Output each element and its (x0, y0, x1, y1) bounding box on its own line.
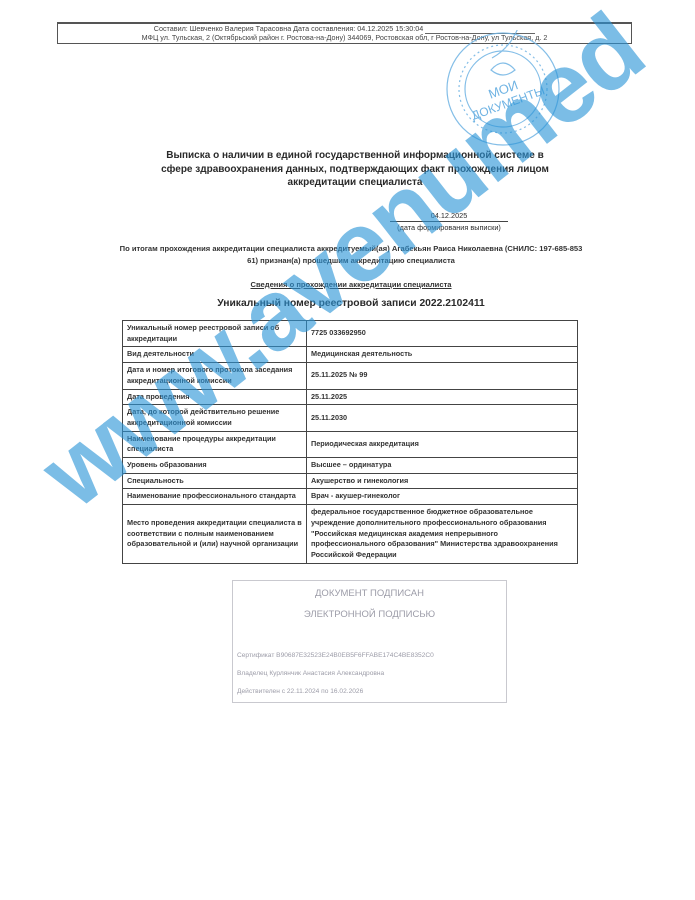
table-row: Дата проведения25.11.2025 (123, 389, 578, 405)
electronic-signature-box: ДОКУМЕНТ ПОДПИСАН ЭЛЕКТРОННОЙ ПОДПИСЬЮ С… (232, 580, 507, 703)
table-row: Уровень образованияВысшее – ординатура (123, 458, 578, 474)
formation-date-caption: (дата формирования выписки) (390, 222, 508, 232)
table-row-key: Специальность (123, 473, 307, 489)
table-row-value: 7725 033692950 (307, 321, 578, 347)
registry-number-title: Уникальный номер реестровой записи 2022.… (118, 298, 584, 309)
signature-validity: Действителен с 22.11.2024 по 16.02.2026 (237, 688, 363, 695)
table-row-key: Дата, до которой действительно решение а… (123, 405, 307, 431)
table-row: Вид деятельностиМедицинская деятельность (123, 347, 578, 363)
table-row: СпециальностьАкушерство и гинекология (123, 473, 578, 489)
table-row: Дата, до которой действительно решение а… (123, 405, 578, 431)
section-heading: Сведения о прохождении аккредитации спец… (118, 280, 584, 289)
table-row: Дата и номер итогового протокола заседан… (123, 363, 578, 389)
table-row: Уникальный номер реестровой записи об ак… (123, 321, 578, 347)
round-stamp-icon: МОИ ДОКУМЕНТЫ (443, 30, 563, 148)
signature-certificate: Сертификат B90687E32523E24B0EB5F6FFABE17… (237, 652, 434, 659)
table-row-key: Место проведения аккредитации специалист… (123, 505, 307, 564)
table-row-key: Дата проведения (123, 389, 307, 405)
table-row: Наименование профессионального стандарта… (123, 489, 578, 505)
table-row-key: Уникальный номер реестровой записи об ак… (123, 321, 307, 347)
table-row-key: Наименование профессионального стандарта (123, 489, 307, 505)
table-row-value: федеральное государственное бюджетное об… (307, 505, 578, 564)
table-row-value: 25.11.2025 № 99 (307, 363, 578, 389)
table-row-value: Медицинская деятельность (307, 347, 578, 363)
table-row-value: 25.11.2025 (307, 389, 578, 405)
table-row-value: Высшее – ординатура (307, 458, 578, 474)
signature-owner: Владелец Курлянчик Анастасия Александров… (237, 670, 384, 677)
table-row-key: Уровень образования (123, 458, 307, 474)
table-row: Наименование процедуры аккредитации спец… (123, 431, 578, 457)
table-row-value: Акушерство и гинекология (307, 473, 578, 489)
table-row: Место проведения аккредитации специалист… (123, 505, 578, 564)
table-row-key: Наименование процедуры аккредитации спец… (123, 431, 307, 457)
intro-paragraph: По итогам прохождения аккредитации специ… (118, 243, 584, 266)
table-row-value: Врач - акушер-гинеколог (307, 489, 578, 505)
formation-date: 04.12.2025 (390, 211, 508, 222)
header-compiler-text: Составил: Шевченко Валерия Тарасовна Дат… (154, 24, 423, 33)
signature-line2: ЭЛЕКТРОННОЙ ПОДПИСЬЮ (233, 609, 506, 620)
table-row-value: 25.11.2030 (307, 405, 578, 431)
formation-date-block: 04.12.2025 (дата формирования выписки) (390, 211, 508, 232)
accreditation-table: Уникальный номер реестровой записи об ак… (122, 320, 578, 564)
table-row-key: Вид деятельности (123, 347, 307, 363)
table-row-key: Дата и номер итогового протокола заседан… (123, 363, 307, 389)
signature-line1: ДОКУМЕНТ ПОДПИСАН (233, 588, 506, 599)
document-title: Выписка о наличии в единой государственн… (150, 149, 560, 190)
table-row-value: Периодическая аккредитация (307, 431, 578, 457)
